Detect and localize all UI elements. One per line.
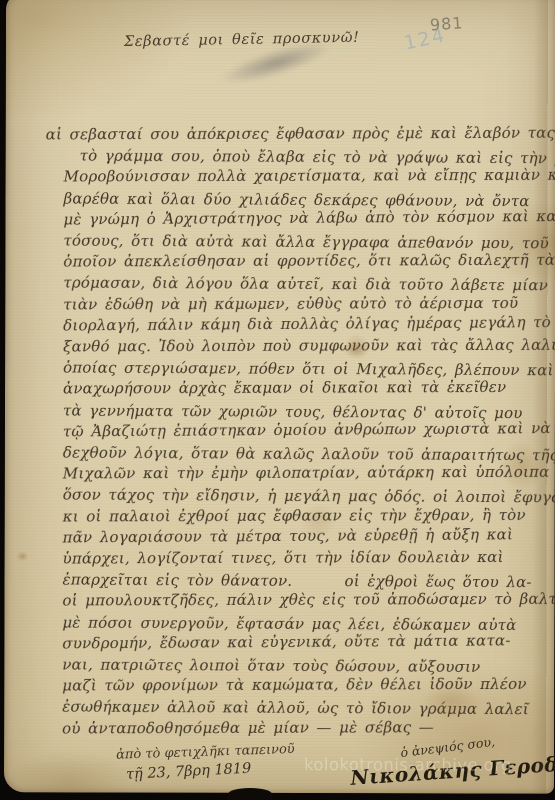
letter-line: ὑπάρχει, λογίζονταί τινες, ὅτι τὴν ἰδίαν…	[63, 547, 549, 570]
dateline-place: ἀπὸ τὸ φετιχλῆκι ταπεινοῦ	[116, 742, 295, 763]
letter-line: Μοροβούνισσαν πολλὰ χαιρετίσματα, καὶ νὰ…	[64, 165, 550, 188]
letter-line: ὁποῖον ἀπεκλείσθησαν αἱ φροντίδες, ὅτι κ…	[63, 250, 549, 273]
scan-background: 981 124 Σεβαστέ μοι θεῖε προσκυνῶ! αἱ σε…	[0, 0, 555, 800]
letter-line: διορλαγή, πάλιν κάμη διὰ πολλὰς ὀλίγας ἡ…	[63, 312, 549, 337]
letter-line: τῷ Ἀβαζιώτῃ ἐπιάστηκαν ὁμοίου ἀνθρώπων χ…	[63, 418, 549, 443]
letter-line: μὲ γνώμη ὁ Ἀρχιστράτηγος νὰ λάβω ἀπὸ τὸν…	[63, 206, 549, 231]
letter-line: ξανθό μας. Ἰδοὺ λοιπὸν ποὺ συμφωνοῦν καὶ…	[63, 335, 549, 358]
paper-stain	[17, 551, 29, 561]
letter-line: αἱ σεβασταί σου ἀπόκρισες ἔφθασαν πρὸς ἐ…	[46, 123, 550, 146]
letter-line: μαζὶ τῶν φρονίμων τὰ καμώματα, δὲν θέλει…	[62, 674, 548, 697]
dateline-date: τῇ 23, 7βρη 1819	[126, 761, 252, 783]
archive-watermark: kolokotronis-archive.org	[304, 755, 512, 775]
letter-line: ἀναχωρήσουν ἀρχὰς ἔκαμαν οἱ δικαῖοι καὶ …	[63, 377, 549, 400]
letter-line: συνδρομήν, ἔδωσαν καὶ εὐγενικά, οὔτε τὰ …	[62, 630, 548, 655]
letter-line: Μιχαλῶν καὶ τὴν ἐμὴν φιλοπατρίαν, αὐτάρκ…	[63, 462, 549, 485]
letter-line: οἱ μπουλουκτζῆδες, πάλιν χθὲς εἰς τοῦ ἀπ…	[62, 589, 548, 612]
letter-line: πᾶν λογαριάσουν τὰ μέτρα τους, νὰ εὑρεθῇ…	[63, 524, 549, 549]
archive-number-blue: 124	[402, 24, 448, 54]
letter-page: 981 124 Σεβαστέ μοι θεῖε προσκυνῶ! αἱ σε…	[4, 0, 555, 794]
letter-body: αἱ σεβασταί σου ἀπόκρισες ἔφθασαν πρὸς ἐ…	[44, 124, 550, 740]
